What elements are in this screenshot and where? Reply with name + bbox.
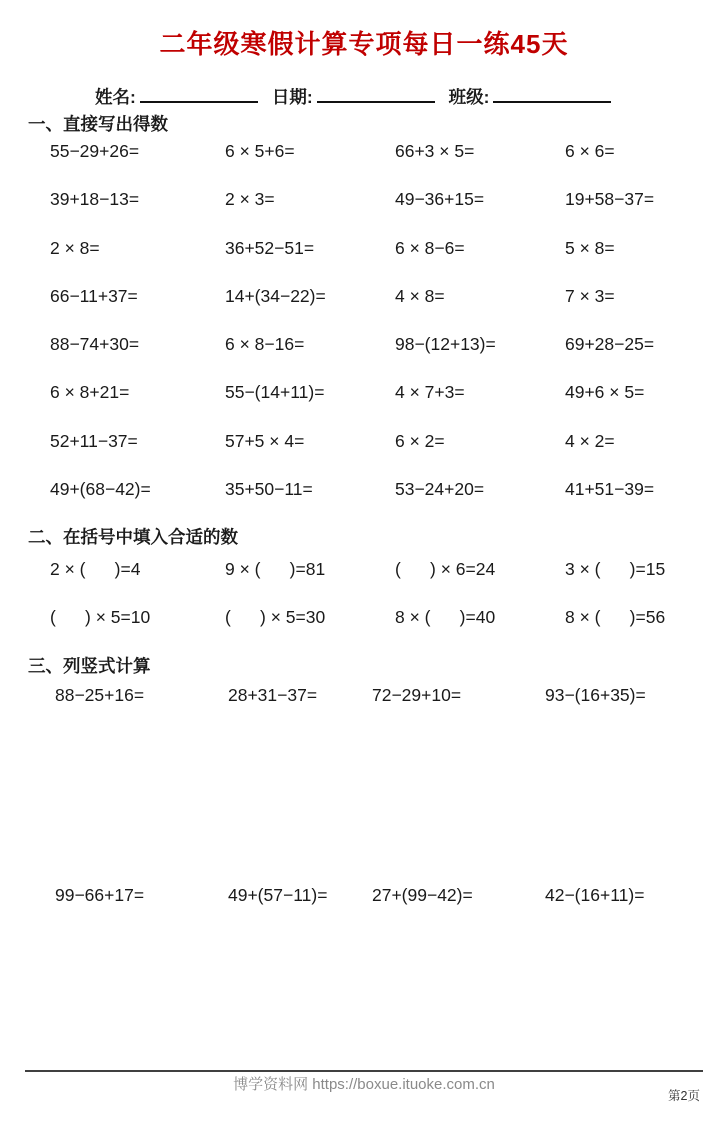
problem: 52+11−37= [50, 430, 225, 478]
footer-divider [25, 1070, 703, 1072]
problem: 88−74+30= [50, 333, 225, 381]
problem: ( ) × 5=30 [225, 606, 395, 654]
date-blank-underline [317, 86, 435, 103]
problem: 6 × 6= [565, 140, 710, 188]
section-3-problems: 88−25+16=28+31−37=72−29+10=93−(16+35)=99… [55, 684, 710, 906]
problem: 55−29+26= [50, 140, 225, 188]
name-blank-underline [140, 86, 258, 103]
problem: 99−66+17= [55, 884, 228, 906]
footer-site-text: 博学资料网 https://boxue.ituoke.com.cn [0, 1073, 728, 1094]
page-title: 二年级寒假计算专项每日一练45天 [0, 24, 728, 61]
problem: 41+51−39= [565, 478, 710, 526]
section-1-heading: 一、直接写出得数 [28, 111, 168, 136]
problem: 27+(99−42)= [372, 884, 545, 906]
problem: 35+50−11= [225, 478, 395, 526]
section-2-problems: 2 × ( )=49 × ( )=81( ) × 6=243 × ( )=15(… [50, 558, 710, 655]
problem: 69+28−25= [565, 333, 710, 381]
problem: 49+(68−42)= [50, 478, 225, 526]
problem: 39+18−13= [50, 188, 225, 236]
problem: 72−29+10= [372, 684, 545, 884]
problem: 2 × ( )=4 [50, 558, 225, 606]
problem: ( ) × 6=24 [395, 558, 565, 606]
problem: 8 × ( )=56 [565, 606, 710, 654]
problem: 6 × 5+6= [225, 140, 395, 188]
problem: 42−(16+11)= [545, 884, 710, 906]
problem: 88−25+16= [55, 684, 228, 884]
problem: 28+31−37= [228, 684, 372, 884]
class-blank-underline [493, 86, 611, 103]
problem: 55−(14+11)= [225, 381, 395, 429]
problem: 2 × 8= [50, 237, 225, 285]
section-3-heading: 三、列竖式计算 [28, 653, 151, 678]
problem: 49+(57−11)= [228, 884, 372, 906]
problem: 5 × 8= [565, 237, 710, 285]
problem: 19+58−37= [565, 188, 710, 236]
problem: 4 × 7+3= [395, 381, 565, 429]
page-number: 第2页 [668, 1086, 700, 1104]
problem: 98−(12+13)= [395, 333, 565, 381]
problem: 3 × ( )=15 [565, 558, 710, 606]
problem: 6 × 2= [395, 430, 565, 478]
problem: 49+6 × 5= [565, 381, 710, 429]
problem: 14+(34−22)= [225, 285, 395, 333]
section-2-heading: 二、在括号中填入合适的数 [28, 524, 238, 549]
problem: 6 × 8+21= [50, 381, 225, 429]
problem: 9 × ( )=81 [225, 558, 395, 606]
date-label: 日期: [272, 87, 313, 107]
problem: 6 × 8−16= [225, 333, 395, 381]
problem: 2 × 3= [225, 188, 395, 236]
problem: 57+5 × 4= [225, 430, 395, 478]
student-info-line: 姓名:日期:班级: [95, 84, 611, 109]
problem: 93−(16+35)= [545, 684, 710, 884]
section-1-problems: 55−29+26=6 × 5+6=66+3 × 5=6 × 6=39+18−13… [50, 140, 710, 526]
class-label: 班级: [449, 87, 490, 107]
problem: ( ) × 5=10 [50, 606, 225, 654]
problem: 8 × ( )=40 [395, 606, 565, 654]
problem: 36+52−51= [225, 237, 395, 285]
name-label: 姓名: [95, 87, 136, 107]
worksheet-page: 二年级寒假计算专项每日一练45天 姓名:日期:班级: 一、直接写出得数 55−2… [0, 0, 728, 1122]
problem: 66−11+37= [50, 285, 225, 333]
problem: 6 × 8−6= [395, 237, 565, 285]
problem: 4 × 2= [565, 430, 710, 478]
problem: 7 × 3= [565, 285, 710, 333]
problem: 49−36+15= [395, 188, 565, 236]
problem: 4 × 8= [395, 285, 565, 333]
problem: 66+3 × 5= [395, 140, 565, 188]
problem: 53−24+20= [395, 478, 565, 526]
